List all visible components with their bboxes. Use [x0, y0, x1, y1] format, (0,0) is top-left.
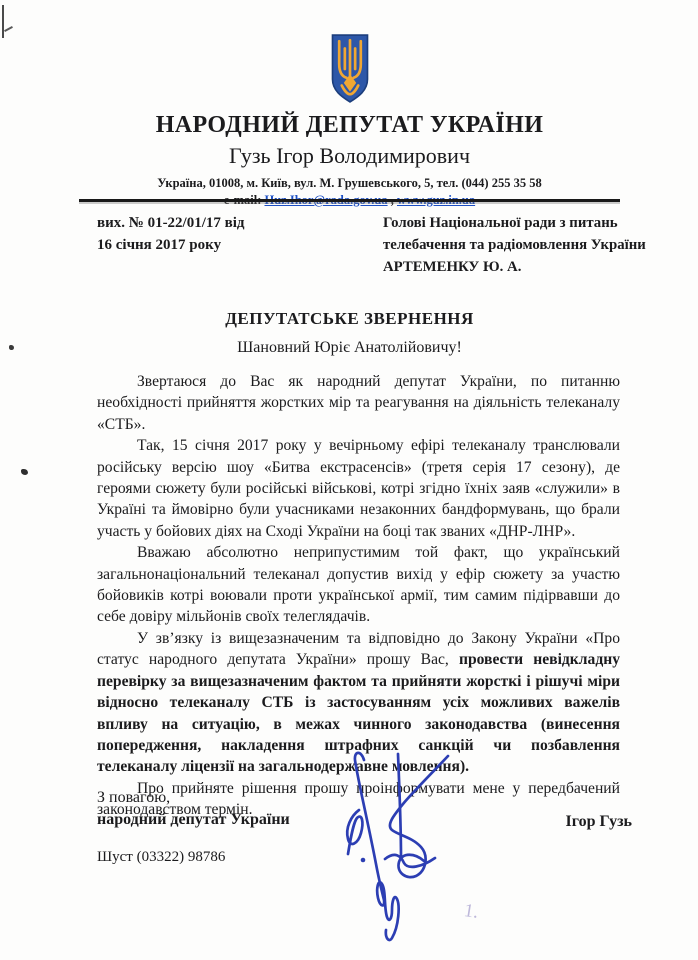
letterhead: НАРОДНИЙ ДЕПУТАТ УКРАЇНИ Гузь Ігор Волод… [79, 34, 620, 208]
document-title: ДЕПУТАТСЬКЕ ЗВЕРНЕННЯ [79, 309, 620, 329]
recipient-line: Голові Національної ради з питань [383, 212, 646, 234]
address-line: Україна, 01008, м. Київ, вул. М. Грушевс… [79, 176, 620, 191]
scan-artifact-corner-tick [4, 26, 13, 32]
body-paragraph: Так, 15 січня 2017 року у вечірньому ефі… [97, 435, 620, 542]
paragraph-text: Так, 15 січня 2017 року у вечірньому ефі… [97, 437, 620, 540]
outgoing-reference-block: вих. № 01-22/01/17 від 16 січня 2017 рок… [97, 212, 245, 256]
paragraph-text: Вважаю абсолютно неприпустимим той факт,… [97, 544, 620, 625]
scan-artifact-speck [21, 469, 28, 475]
paragraph-text: Звертаюся до Вас як народний депутат Укр… [97, 373, 620, 433]
outgoing-ref-number: вих. № 01-22/01/17 від [97, 212, 245, 234]
salutation: Шановний Юріє Анатолійовичу! [79, 339, 620, 357]
closing-regards: З повагою, [97, 789, 170, 807]
signer-name: Ігор Гузь [566, 813, 632, 831]
closing-position: народний депутат України [97, 811, 290, 829]
recipient-name: АРТЕМЕНКУ Ю. А. [383, 256, 646, 278]
scanned-letter-page: НАРОДНИЙ ДЕПУТАТ УКРАЇНИ Гузь Ігор Волод… [0, 0, 698, 960]
recipient-line: телебачення та радіомовлення України [383, 234, 646, 256]
scan-artifact-speck [9, 345, 14, 350]
body-paragraph: Вважаю абсолютно неприпустимим той факт,… [97, 542, 620, 628]
recipient-block: Голові Національної ради з питань телеба… [383, 212, 646, 278]
body-paragraph: Звертаюся до Вас як народний депутат Укр… [97, 371, 620, 435]
assistant-contact: Шуст (03322) 98786 [97, 849, 225, 866]
page-number-mark: 1. [462, 900, 480, 924]
deputy-name: Гузь Ігор Володимирович [79, 143, 620, 169]
ukraine-trident-emblem-icon [79, 34, 620, 106]
outgoing-date: 16 січня 2017 року [97, 234, 245, 256]
handwritten-signature [322, 686, 472, 956]
scan-artifact-corner-line [2, 5, 4, 38]
letterhead-title: НАРОДНИЙ ДЕПУТАТ УКРАЇНИ [79, 112, 620, 139]
letterhead-divider [79, 199, 620, 202]
